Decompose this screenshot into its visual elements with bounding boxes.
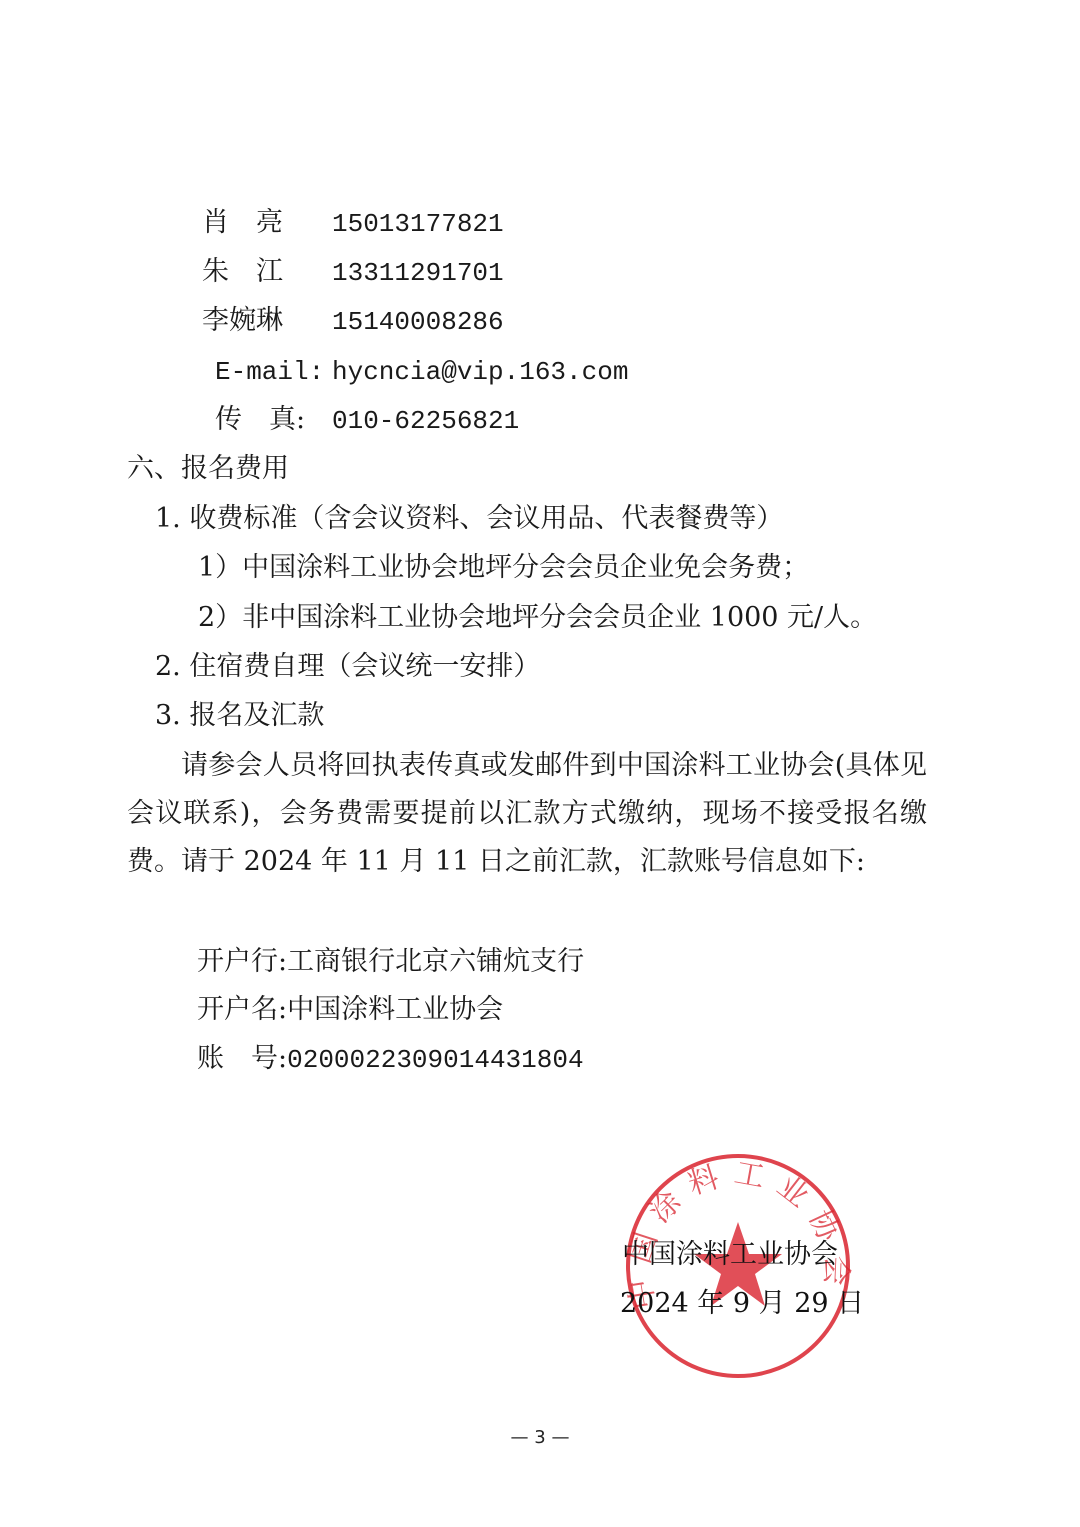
item-1-label: 1. 收费标准（含会议资料、会议用品、代表餐费等） [155,501,783,537]
contact-row: 朱 江13311291701 [202,254,504,291]
bank-value: 工商银行北京六铺炕支行 [287,946,584,977]
payment-paragraph: 请参会人员将回执表传真或发邮件到中国涂料工业协会(具体见会议联系)，会务费需要提… [127,742,927,886]
page-number: — 3 — [0,1427,1080,1448]
contact-name: 肖 亮 [202,205,332,241]
fax-value: 010-62256821 [332,406,519,436]
section-heading: 六、报名费用 [127,451,289,487]
signature-org: 中国涂料工业协会 [622,1237,838,1273]
email-value: hycncia@vip.163.com [332,357,628,387]
contact-phone: 15140008286 [332,307,504,337]
account-no-label: 账 号: [197,1043,287,1074]
account-name-value: 中国涂料工业协会 [287,994,503,1025]
contact-name: 朱 江 [202,254,332,290]
email-row: E-mail:hycncia@vip.163.com [215,353,628,390]
contact-phone: 15013177821 [332,209,504,239]
account-name-label: 开户名: [197,994,287,1025]
bank-label: 开户行: [197,946,287,977]
account-name-row: 开户名:中国涂料工业协会 [197,992,503,1028]
contact-row: 李婉琳15140008286 [202,303,504,340]
item-1-sub-2: 2）非中国涂料工业协会地坪分会会员企业 1000 元/人。 [198,600,877,636]
account-no-row: 账 号:0200022309014431804 [197,1041,584,1078]
item-1-sub-1: 1）中国涂料工业协会地坪分会会员企业免会务费； [198,550,809,586]
account-no-value: 0200022309014431804 [287,1045,583,1075]
contact-name: 李婉琳 [202,303,332,339]
fax-label: 传 真: [215,402,332,438]
bank-row: 开户行:工商银行北京六铺炕支行 [197,944,584,980]
contact-row: 肖 亮15013177821 [202,205,504,242]
item-2-label: 2. 住宿费自理（会议统一安排） [155,649,540,685]
fax-row: 传 真:010-62256821 [215,402,519,439]
item-3-label: 3. 报名及汇款 [155,698,324,734]
signature-date: 2024 年 9 月 29 日 [620,1286,864,1322]
email-label: E-mail: [215,354,332,390]
contact-phone: 13311291701 [332,258,504,288]
